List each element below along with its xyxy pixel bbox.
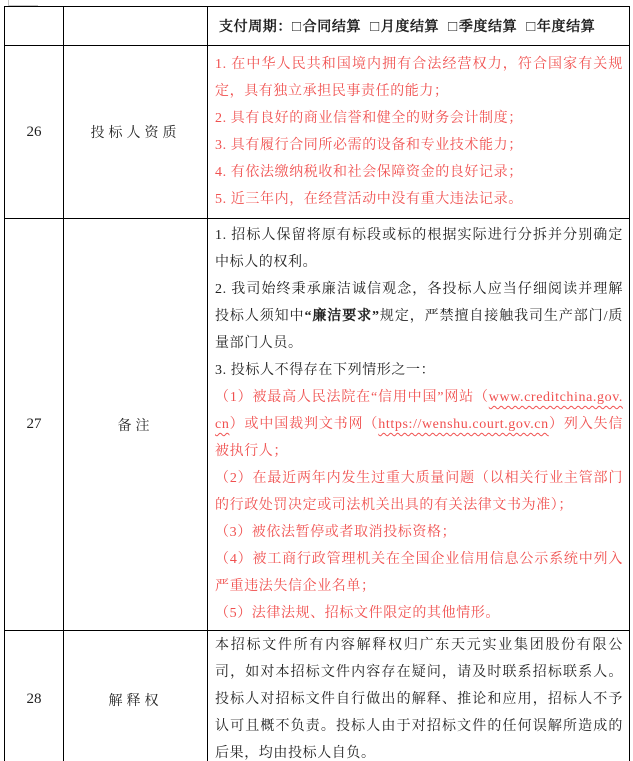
table-row-27: 27 备注 1. 招标人保留将原有标段或标的根据实际进行分拆并分别确定中标人的权… (5, 219, 630, 631)
paragraph: 本招标文件所有内容解释权归广东天元实业集团股份有限公司，如对本招标文件内容存在疑… (215, 632, 623, 761)
payment-option-label: 月度结算 (381, 20, 439, 35)
paragraph: （5）法律法规、招标文件限定的其他情形。 (215, 600, 623, 627)
payment-period-row: 支付周期：□合同结算□月度结算□季度结算□年度结算 (5, 7, 630, 46)
url-text: https://wenshu.court.gov.cn (378, 417, 548, 432)
row-number: 26 (5, 46, 64, 219)
paragraph: 4. 有依法缴纳税收和社会保障资金的良好记录； (215, 159, 623, 186)
paragraph: （4）被工商行政管理机关在全国企业信用信息公示系统中列入严重违法失信企业名单； (215, 546, 623, 600)
checkbox-icon: □ (526, 19, 536, 35)
row-content-qualifications: 1. 在中华人民共和国境内拥有合法经营权力，符合国家有关规定，具有独立承担民事责… (208, 46, 630, 219)
text-segment: 3. 投标人不得存在下列情形之一： (215, 363, 435, 378)
table-row-26: 26 投标人资质 1. 在中华人民共和国境内拥有合法经营权力，符合国家有关规定，… (5, 46, 630, 219)
payment-option-monthly: □月度结算 (370, 20, 439, 35)
row-number: 27 (5, 219, 64, 631)
bid-notice-table: 支付周期：□合同结算□月度结算□季度结算□年度结算 26 投标人资质 1. 在中… (4, 6, 630, 761)
paragraph: 1. 在中华人民共和国境内拥有合法经营权力，符合国家有关规定，具有独立承担民事责… (215, 51, 623, 105)
checkbox-icon: □ (448, 19, 458, 35)
text-segment: “廉洁要求” (304, 309, 379, 324)
text-segment: （1）被最高人民法院在“信用中国”网站（ (215, 390, 489, 405)
text-segment: 本招标文件所有内容解释权归广东天元实业集团股份有限公司，如对本招标文件内容存在疑… (215, 638, 623, 761)
text-segment: （4）被工商行政管理机关在全国企业信用信息公示系统中列入严重违法失信企业名单； (215, 552, 623, 594)
paragraph: （2）在最近两年内发生过重大质量问题（以相关行业主管部门的行政处罚决定或司法机关… (215, 465, 623, 519)
checkbox-icon: □ (370, 19, 380, 35)
payment-period-cell: 支付周期：□合同结算□月度结算□季度结算□年度结算 (208, 7, 630, 46)
payment-option-label: 季度结算 (459, 20, 517, 35)
row-number: 28 (5, 631, 64, 761)
text-segment: 1. 招标人保留将原有标段或标的根据实际进行分拆并分别确定中标人的权利。 (215, 228, 623, 270)
text-segment: （5）法律法规、招标文件限定的其他情形。 (215, 606, 500, 621)
payment-option-label: 年度结算 (537, 20, 595, 35)
text-segment: ）或中国裁判文书网（ (229, 417, 378, 432)
paragraph: （3）被依法暂停或者取消投标资格； (215, 519, 623, 546)
paragraph: 3. 具有履行合同所必需的设备和专业技术能力； (215, 132, 623, 159)
table-row-28: 28 解释权 本招标文件所有内容解释权归广东天元实业集团股份有限公司，如对本招标… (5, 631, 630, 761)
paragraph: 2. 具有良好的商业信誉和健全的财务会计制度； (215, 105, 623, 132)
text-segment: （2）在最近两年内发生过重大质量问题（以相关行业主管部门的行政处罚决定或司法机关… (215, 471, 623, 513)
payment-option-label: 合同结算 (303, 20, 361, 35)
text-segment: 4. 有依法缴纳税收和社会保障资金的良好记录； (215, 165, 523, 180)
paragraph: 1. 招标人保留将原有标段或标的根据实际进行分拆并分别确定中标人的权利。 (215, 222, 623, 276)
paragraph: 2. 我司始终秉承廉洁诚信观念，各投标人应当仔细阅读并理解投标人须知中“廉洁要求… (215, 276, 623, 357)
row-category: 备注 (64, 219, 208, 631)
payment-option-yearly: □年度结算 (526, 20, 595, 35)
payment-period-label: 支付周期： (219, 20, 292, 35)
text-segment: 2. 具有良好的商业信誉和健全的财务会计制度； (215, 111, 523, 126)
empty-number-cell (5, 7, 64, 46)
text-segment: 3. 具有履行合同所必需的设备和专业技术能力； (215, 138, 523, 153)
row-content-interpretation: 本招标文件所有内容解释权归广东天元实业集团股份有限公司，如对本招标文件内容存在疑… (208, 631, 630, 761)
row-category: 解释权 (64, 631, 208, 761)
empty-category-cell (64, 7, 208, 46)
payment-option-quarterly: □季度结算 (448, 20, 517, 35)
checkbox-icon: □ (292, 19, 302, 35)
text-segment: 5. 近三年内，在经营活动中没有重大违法记录。 (215, 192, 523, 207)
paragraph: 5. 近三年内，在经营活动中没有重大违法记录。 (215, 186, 623, 213)
text-segment: （3）被依法暂停或者取消投标资格； (215, 525, 456, 540)
text-segment: 1. 在中华人民共和国境内拥有合法经营权力，符合国家有关规定，具有独立承担民事责… (215, 57, 623, 99)
payment-option-contract: □合同结算 (292, 20, 361, 35)
paragraph: 3. 投标人不得存在下列情形之一： (215, 357, 623, 384)
paragraph: （1）被最高人民法院在“信用中国”网站（www.creditchina.gov.… (215, 384, 623, 465)
row-category: 投标人资质 (64, 46, 208, 219)
row-content-remarks: 1. 招标人保留将原有标段或标的根据实际进行分拆并分别确定中标人的权利。2. 我… (208, 219, 630, 631)
document-page: 支付周期：□合同结算□月度结算□季度结算□年度结算 26 投标人资质 1. 在中… (0, 0, 633, 761)
